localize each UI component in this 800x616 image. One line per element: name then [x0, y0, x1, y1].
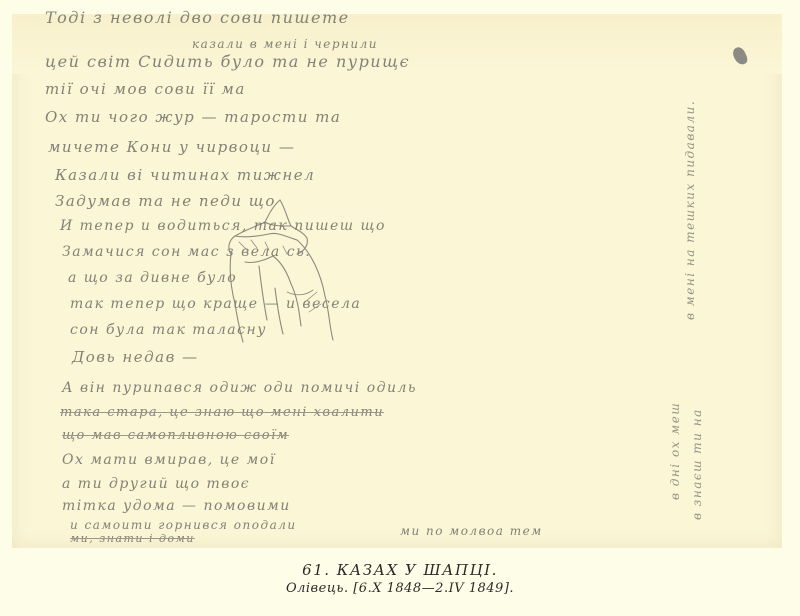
handwritten-line: Ох ти чого жур — тарости та: [45, 108, 341, 126]
margin-note-line: в дні ох меш: [668, 402, 682, 500]
handwritten-line: така стара, це знаю що мені хвалити: [60, 405, 384, 420]
handwritten-line: А він пурипався одиж оди помичі одиль: [62, 380, 417, 396]
handwritten-line: Тоді з неволі дво сови пишете: [45, 8, 350, 27]
handwritten-line: а ти другий що твоє: [62, 476, 250, 492]
margin-note-line: в знаєш ти на: [690, 408, 704, 520]
handwritten-line: казали в мені і чернили: [192, 37, 378, 51]
handwritten-line: тії очі мов сови її ма: [45, 80, 246, 98]
caption-subtitle: Олівець. [6.X 1848—2.IV 1849].: [0, 580, 800, 598]
handwritten-line: ми, знати і доми: [70, 532, 195, 545]
handwritten-line: тітка удома — помовими: [62, 498, 291, 514]
figure-caption: 61. КАЗАХ У ШАПЦІ. Олівець. [6.X 1848—2.…: [0, 560, 800, 598]
handwritten-line: ми по молвоа тем: [400, 524, 543, 538]
handwritten-line: Ох мати вмирав, це мої: [62, 452, 276, 468]
handwritten-line: мичете Кони у чирвоци —: [48, 138, 295, 156]
margin-note-line: в мені на тешких пидавали.: [683, 100, 697, 320]
handwritten-line: Довь недав —: [72, 348, 199, 366]
handwritten-line: а що за дивне було: [68, 270, 237, 286]
handwritten-line: цей світ Сидить було та не пурищє: [45, 52, 410, 71]
handwritten-line: Казали ві читинах тижнел: [55, 166, 315, 184]
sketch-kazakh-in-hat: [225, 192, 365, 347]
handwritten-line: и самоити горнився оподали: [70, 518, 297, 532]
caption-title: 61. КАЗАХ У ШАПЦІ.: [0, 560, 800, 580]
handwritten-line: що мав самопливною своїм: [62, 428, 289, 443]
